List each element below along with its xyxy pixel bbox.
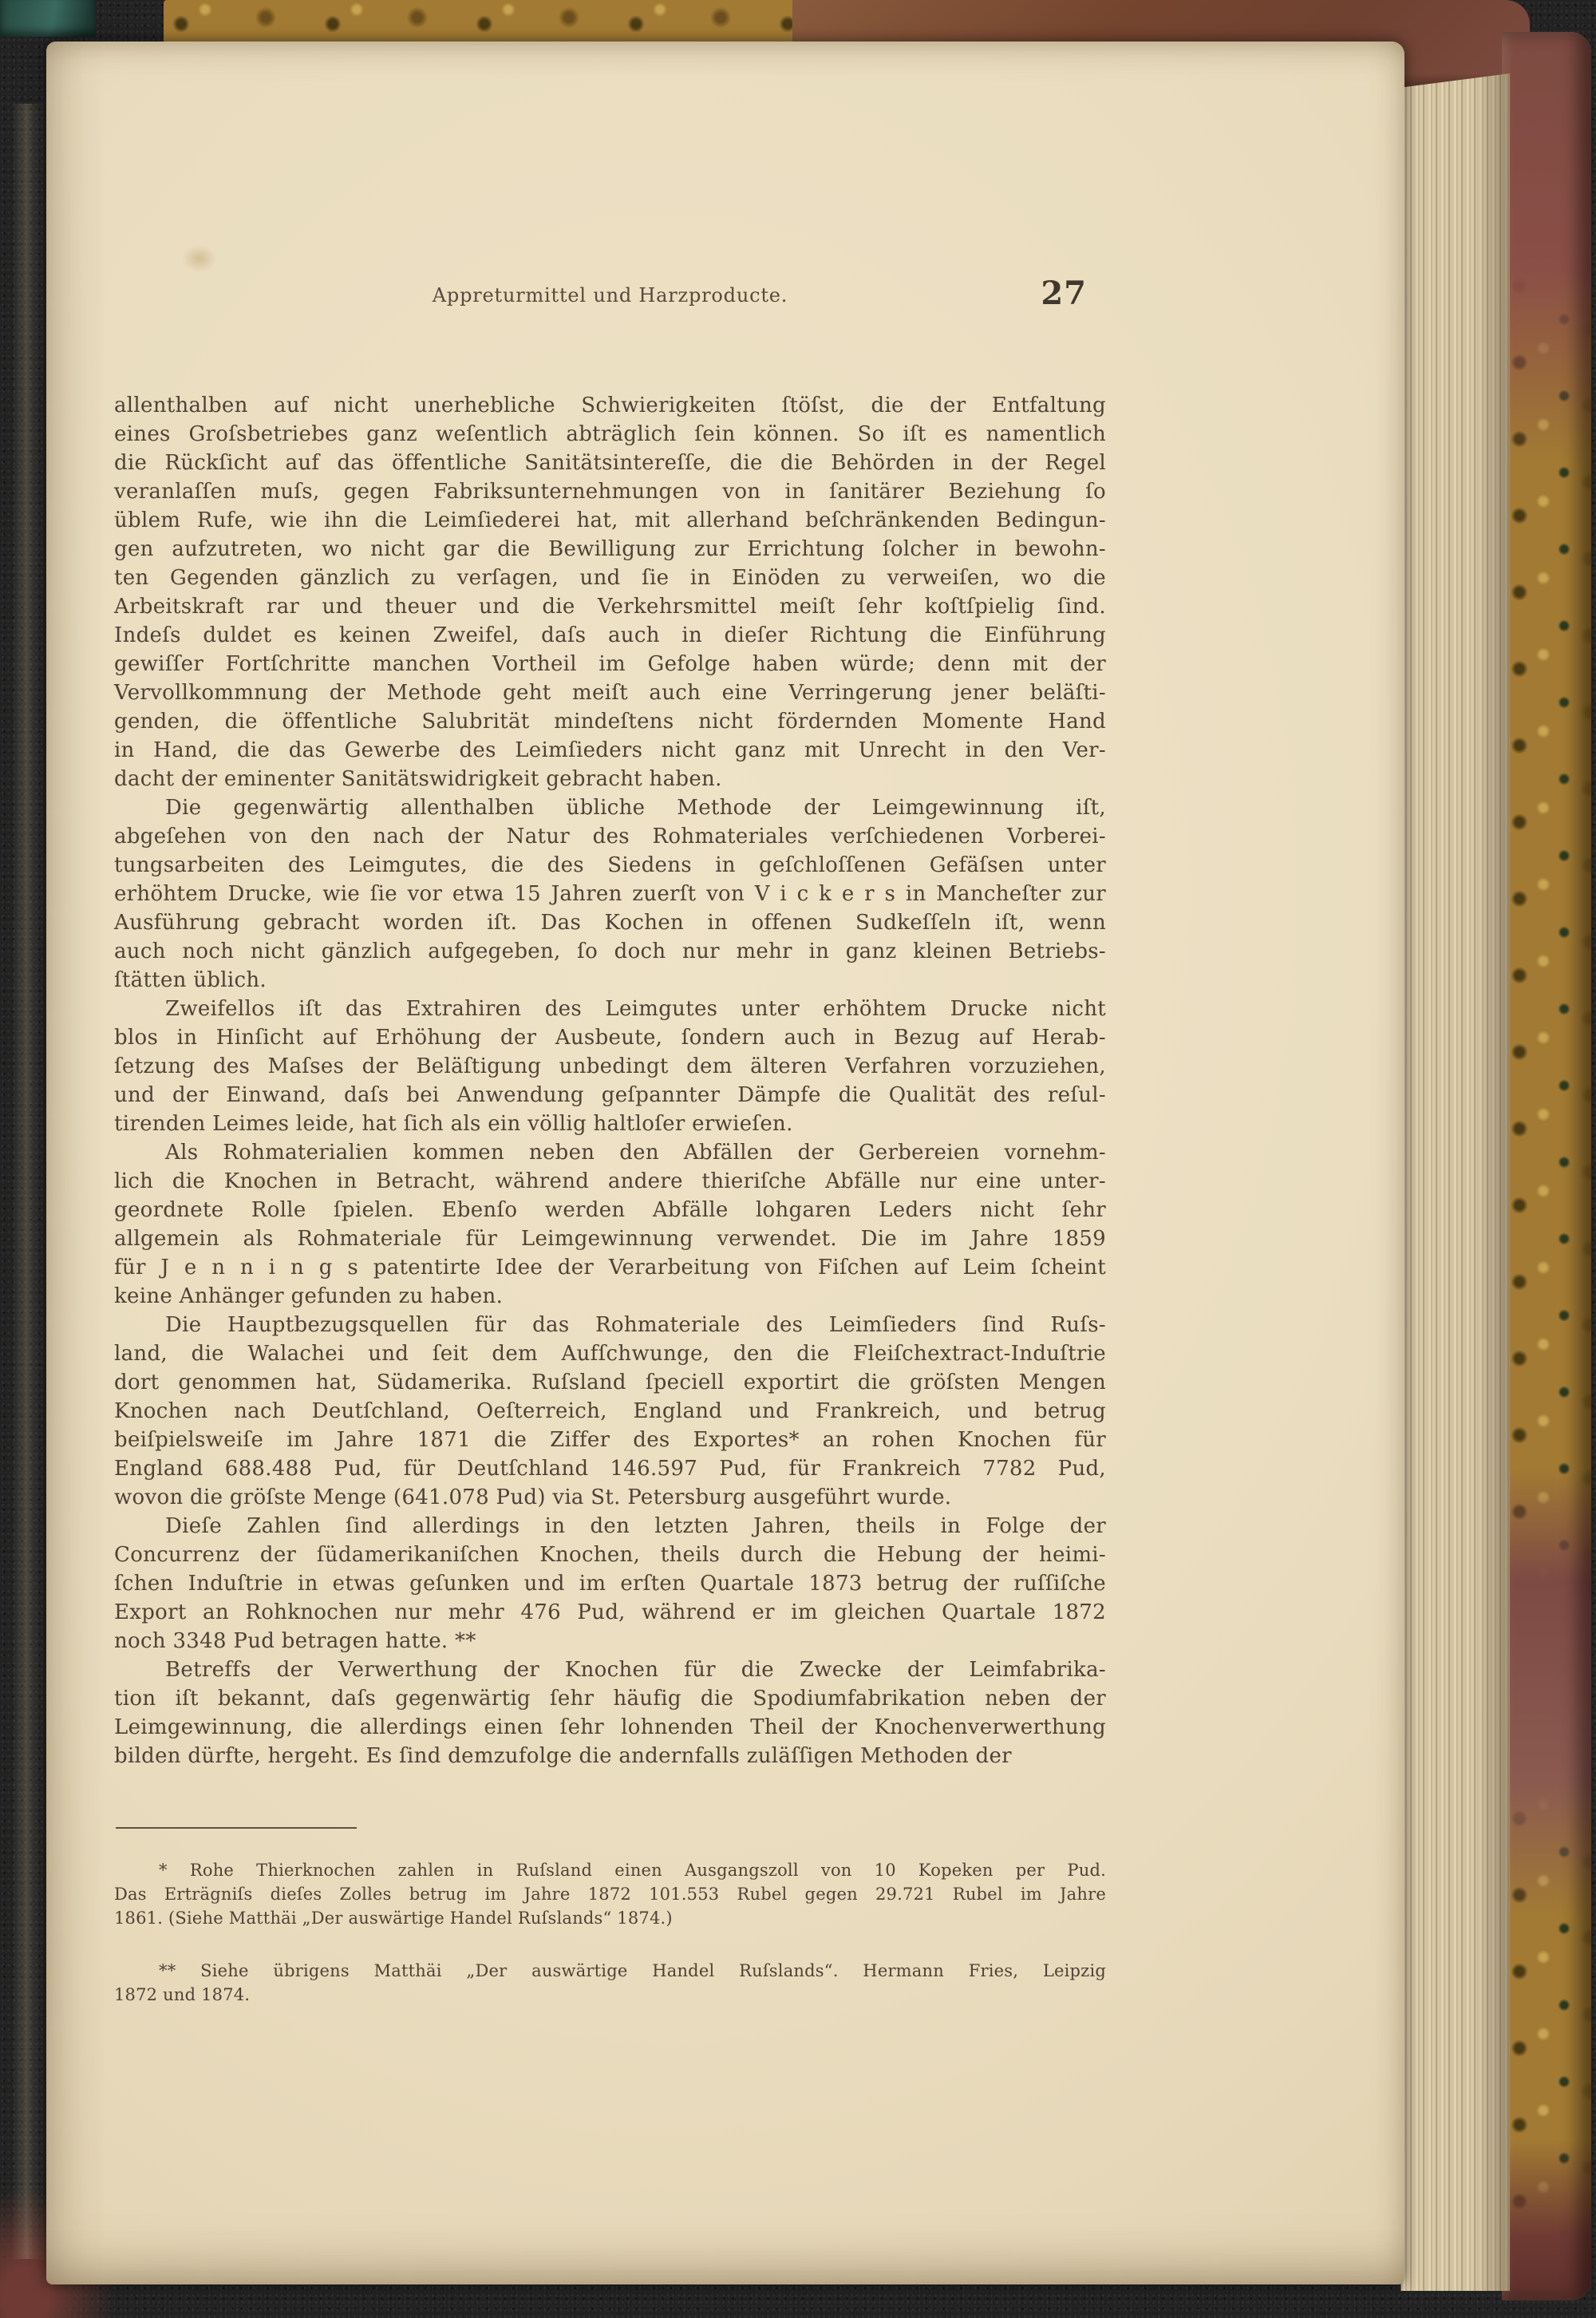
text-line: Export an Rohknochen nur mehr 476 Pud, w…	[114, 1598, 1106, 1627]
paragraph: Betreffs der Verwerthung der Knochen für…	[114, 1655, 1106, 1770]
text-line: Vervollkommnung der Methode geht meiſt a…	[114, 678, 1106, 707]
text-line: Leimgewinnung, die allerdings einen ſehr…	[114, 1713, 1106, 1742]
text-line: geordnete Rolle ſpielen. Ebenſo werden A…	[114, 1196, 1106, 1224]
text-line: Concurrenz der ſüdamerikaniſchen Knochen…	[114, 1541, 1106, 1569]
text-line: 1861. (Siehe Matthäi „Der auswärtige Han…	[114, 1906, 1106, 1930]
paragraph: Dieſe Zahlen ſind allerdings in den letz…	[114, 1512, 1106, 1655]
page-gutter-edge	[11, 104, 46, 2259]
text-line: Knochen nach Deutſchland, Oeſterreich, E…	[114, 1397, 1106, 1426]
text-line: Indeſs duldet es keinen Zweifel, daſs au…	[114, 621, 1106, 650]
paragraph: allenthalben auf nicht unerhebliche Schw…	[114, 391, 1106, 793]
cover-corner-top-left	[0, 0, 96, 37]
text-line: wovon die gröſste Menge (641.078 Pud) vi…	[114, 1483, 1106, 1512]
leather-patch	[1502, 2139, 1591, 2300]
text-line: tirenden Leimes leide, hat ſich als ein …	[114, 1110, 1106, 1138]
page-header: Appreturmittel und Harzproducte. 27	[114, 284, 1106, 321]
text-line: Als Rohmaterialien kommen neben den Abfä…	[114, 1138, 1106, 1167]
paragraph: Die Hauptbezugsquellen für das Rohmateri…	[114, 1311, 1106, 1512]
text-line: Ausführung gebracht worden iſt. Das Koch…	[114, 908, 1106, 937]
text-line: tungsarbeiten des Leimgutes, die des Sie…	[114, 851, 1106, 880]
text-line: gen aufzutreten, wo nicht gar die Bewill…	[114, 535, 1106, 564]
text-line: abgeſehen von den nach der Natur des Roh…	[114, 822, 1106, 851]
book-cover-right-edge	[1502, 32, 1591, 2300]
footnote: * Rohe Thierknochen zahlen in Ruſsland e…	[114, 1858, 1106, 1930]
text-line: Das Erträgniſs dieſes Zolles betrug im J…	[114, 1882, 1106, 1906]
text-line: auch noch nicht gänzlich aufgegeben, ſo …	[114, 937, 1106, 966]
text-line: 1872 und 1874.	[114, 1983, 1106, 2007]
text-line: beiſpielsweiſe im Jahre 1871 die Ziffer …	[114, 1426, 1106, 1454]
text-line: allgemein als Rohmateriale für Leimgewin…	[114, 1224, 1106, 1253]
page-fore-edge	[1390, 73, 1510, 2291]
text-line: lich die Knochen in Betracht, während an…	[114, 1167, 1106, 1196]
text-line: blos in Hinſicht auf Erhöhung der Ausbeu…	[114, 1023, 1106, 1052]
paragraph: Zweifellos iſt das Extrahiren des Leimgu…	[114, 995, 1106, 1138]
text-line: ſchen Induſtrie in etwas geſunken und im…	[114, 1569, 1106, 1598]
text-line: die Rückſicht auf das öffentliche Sanitä…	[114, 449, 1106, 477]
text-line: England 688.488 Pud, für Deutſchland 146…	[114, 1454, 1106, 1483]
text-line: ſtätten üblich.	[114, 966, 1106, 995]
text-line: dort genommen hat, Südamerika. Ruſsland …	[114, 1368, 1106, 1397]
paragraph: Als Rohmaterialien kommen neben den Abfä…	[114, 1138, 1106, 1311]
footnote: ** Siehe übrigens Matthäi „Der auswärtig…	[114, 1959, 1106, 2007]
text-column: Appreturmittel und Harzproducte. 27 alle…	[114, 284, 1106, 2264]
text-line: veranlaſſen muſs, gegen Fabriksunternehm…	[114, 477, 1106, 506]
text-line: für J e n n i n g s patentirte Idee der …	[114, 1253, 1106, 1282]
text-line: land, die Walachei und ſeit dem Aufſchwu…	[114, 1339, 1106, 1368]
text-line: noch 3348 Pud betragen hatte. **	[114, 1627, 1106, 1655]
text-line: gewiſſer Fortſchritte manchen Vortheil i…	[114, 650, 1106, 678]
footnote-separator	[116, 1827, 357, 1829]
leather-patch	[1502, 32, 1591, 463]
running-title: Appreturmittel und Harzproducte.	[114, 284, 1106, 307]
text-line: allenthalben auf nicht unerhebliche Schw…	[114, 391, 1106, 420]
book-scan: Appreturmittel und Harzproducte. 27 alle…	[0, 0, 1596, 2318]
text-line: erhöhtem Drucke, wie ſie vor etwa 15 Jah…	[114, 880, 1106, 908]
text-line: und der Einwand, daſs bei Anwendung geſp…	[114, 1081, 1106, 1110]
leather-patch	[1502, 1469, 1591, 1916]
text-line: ten Gegenden gänzlich zu verſagen, und ſ…	[114, 564, 1106, 592]
page-number: 27	[1041, 275, 1087, 312]
text-line: Die gegenwärtig allenthalben übliche Met…	[114, 793, 1106, 822]
text-line: keine Anhänger gefunden zu haben.	[114, 1282, 1106, 1311]
text-line: Betreffs der Verwerthung der Knochen für…	[114, 1655, 1106, 1684]
book-page: Appreturmittel und Harzproducte. 27 alle…	[46, 42, 1404, 2284]
text-line: in Hand, die das Gewerbe des Leimſieders…	[114, 736, 1106, 765]
text-line: tion iſt bekannt, daſs gegenwärtig ſehr …	[114, 1684, 1106, 1713]
text-line: Zweifellos iſt das Extrahiren des Leimgu…	[114, 995, 1106, 1023]
footnotes: * Rohe Thierknochen zahlen in Ruſsland e…	[114, 1858, 1106, 2035]
text-line: üblem Rufe, wie ihn die Leimſiederei hat…	[114, 506, 1106, 535]
text-line: eines Groſsbetriebes ganz weſentlich abt…	[114, 420, 1106, 449]
text-line: genden, die öffentliche Salubrität minde…	[114, 707, 1106, 736]
text-line: * Rohe Thierknochen zahlen in Ruſsland e…	[114, 1858, 1106, 1882]
paper-stain	[182, 245, 217, 272]
text-line: bilden dürfte, hergeht. Es ſind demzufol…	[114, 1742, 1106, 1770]
body-text: allenthalben auf nicht unerhebliche Schw…	[114, 391, 1106, 1770]
text-line: Die Hauptbezugsquellen für das Rohmateri…	[114, 1311, 1106, 1339]
text-line: Arbeitskraft rar und theuer und die Verk…	[114, 592, 1106, 621]
text-line: Dieſe Zahlen ſind allerdings in den letz…	[114, 1512, 1106, 1541]
text-line: ſetzung des Maſses der Beläſtigung unbed…	[114, 1052, 1106, 1081]
text-line: dacht der eminenter Sanitätswidrigkeit g…	[114, 765, 1106, 793]
paragraph: Die gegenwärtig allenthalben übliche Met…	[114, 793, 1106, 995]
text-line: ** Siehe übrigens Matthäi „Der auswärtig…	[114, 1959, 1106, 1983]
